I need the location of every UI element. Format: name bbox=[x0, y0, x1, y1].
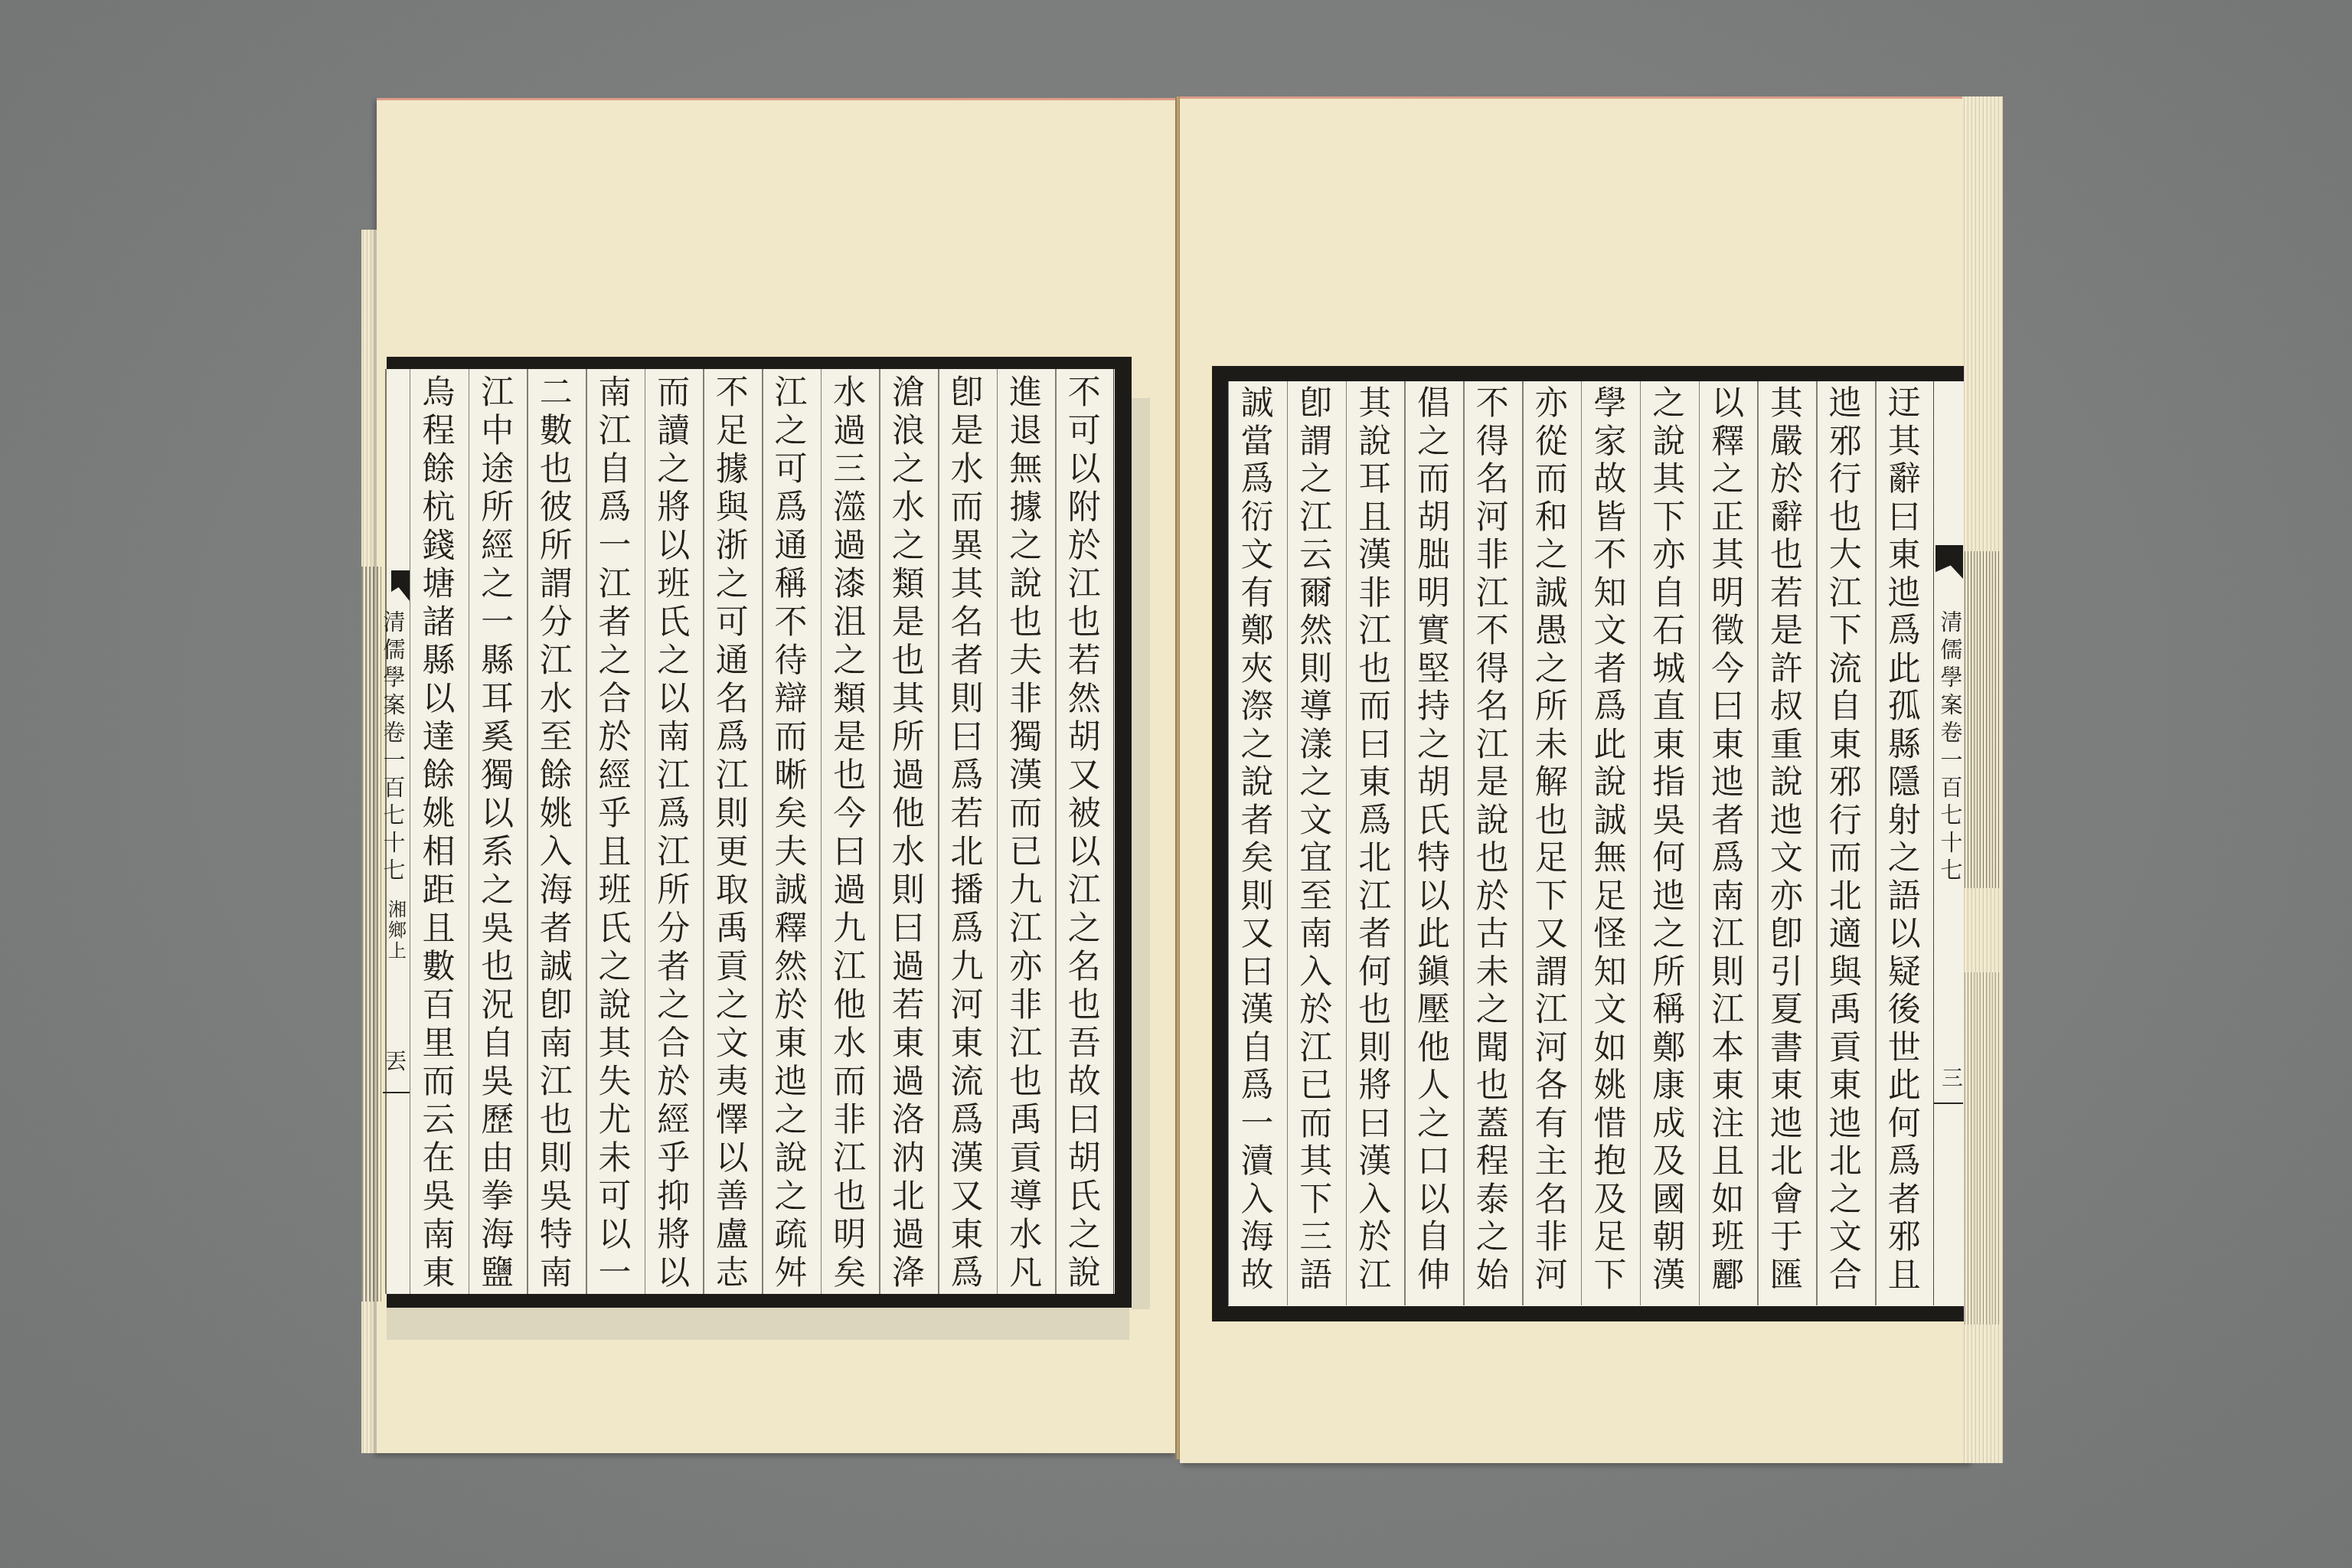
right-text-column-12: 誠當爲衍文有鄭夾漈之說者矣則又曰漢自爲一瀆入海故 bbox=[1228, 385, 1286, 1295]
right-text-column-1: 迂其辭曰東迆爲此孤縣隱射之語以疑後世此何爲者邪且 bbox=[1875, 385, 1933, 1295]
glyph: 何 bbox=[1640, 840, 1698, 878]
glyph: 也 bbox=[1522, 802, 1580, 841]
glyph: 以 bbox=[1055, 450, 1113, 488]
glyph: 漢 bbox=[938, 1139, 996, 1178]
glyph: 其 bbox=[938, 565, 996, 603]
glyph: 氏 bbox=[1055, 1178, 1113, 1216]
glyph: 何 bbox=[1875, 1106, 1933, 1144]
glyph: 姚 bbox=[1581, 1067, 1639, 1106]
glyph: 之 bbox=[469, 871, 527, 910]
glyph: 之 bbox=[762, 1178, 820, 1216]
glyph: 行 bbox=[1816, 802, 1874, 841]
glyph: 也 bbox=[997, 1063, 1055, 1101]
glyph: 者 bbox=[1228, 802, 1286, 841]
glyph: 耳 bbox=[1346, 461, 1404, 499]
glyph: 則 bbox=[879, 871, 937, 910]
glyph: 於 bbox=[762, 986, 820, 1024]
glyph: 水 bbox=[879, 488, 937, 527]
glyph: 以 bbox=[469, 795, 527, 833]
glyph: 非 bbox=[1522, 1219, 1580, 1257]
glyph: 可 bbox=[1055, 412, 1113, 450]
glyph: 他 bbox=[879, 795, 937, 833]
glyph: 如 bbox=[1699, 1181, 1757, 1220]
glyph: 異 bbox=[938, 527, 996, 565]
glyph: 吳 bbox=[1640, 802, 1698, 841]
glyph: 奚 bbox=[469, 718, 527, 756]
glyph: 而 bbox=[821, 1063, 879, 1101]
glyph: 特 bbox=[1405, 840, 1463, 878]
glyph: 東 bbox=[1640, 727, 1698, 765]
glyph: 正 bbox=[1699, 499, 1757, 537]
glyph: 江 bbox=[1346, 878, 1404, 916]
glyph: 也 bbox=[1463, 840, 1521, 878]
glyph: 況 bbox=[469, 986, 527, 1024]
glyph: 九 bbox=[938, 948, 996, 986]
glyph: 堅 bbox=[1405, 651, 1463, 689]
left-text-column-3: 卽是水而異其名者則曰爲若北播爲九河東流爲漢又東爲 bbox=[938, 374, 996, 1292]
glyph: 數 bbox=[527, 412, 585, 450]
glyph: 過 bbox=[821, 527, 879, 565]
left-page-top-edge bbox=[377, 98, 1177, 100]
glyph: 夷 bbox=[703, 1063, 761, 1101]
glyph: 故 bbox=[1055, 1063, 1113, 1101]
glyph: 謂 bbox=[1522, 954, 1580, 992]
glyph: 湘 bbox=[386, 900, 409, 920]
glyph: 於 bbox=[645, 1063, 703, 1101]
glyph: 明 bbox=[1699, 575, 1757, 613]
glyph: 待 bbox=[762, 642, 820, 680]
glyph: 他 bbox=[821, 986, 879, 1024]
glyph: 鎭 bbox=[1405, 954, 1463, 992]
glyph: 之 bbox=[1405, 423, 1463, 462]
glyph: 汭 bbox=[879, 1139, 937, 1178]
glyph: 所 bbox=[469, 488, 527, 527]
glyph: 貢 bbox=[997, 1139, 1055, 1178]
glyph: 邪 bbox=[1816, 764, 1874, 802]
glyph: 迆 bbox=[1816, 1106, 1874, 1144]
glyph: 名 bbox=[1055, 948, 1113, 986]
glyph: 海 bbox=[1228, 1219, 1286, 1257]
glyph: 將 bbox=[645, 1216, 703, 1254]
glyph: 獨 bbox=[997, 718, 1055, 756]
glyph: 泰 bbox=[1463, 1181, 1521, 1220]
glyph: 也 bbox=[1816, 499, 1874, 537]
glyph: 拳 bbox=[469, 1178, 527, 1216]
glyph: 亦 bbox=[997, 948, 1055, 986]
glyph: 姚 bbox=[410, 795, 468, 833]
glyph: 胡 bbox=[1405, 764, 1463, 802]
glyph: 又 bbox=[1522, 916, 1580, 954]
glyph: 之 bbox=[821, 642, 879, 680]
glyph: 二 bbox=[527, 374, 585, 412]
glyph: 類 bbox=[821, 680, 879, 718]
glyph: 此 bbox=[1875, 651, 1933, 689]
glyph: 爾 bbox=[1287, 575, 1345, 613]
glyph: 漢 bbox=[1346, 1143, 1404, 1181]
glyph: 北 bbox=[879, 1178, 937, 1216]
glyph: 是 bbox=[1463, 764, 1521, 802]
glyph: 播 bbox=[938, 871, 996, 910]
glyph: 下 bbox=[1581, 1257, 1639, 1295]
glyph: 而 bbox=[997, 795, 1055, 833]
glyph: 北 bbox=[1758, 1143, 1816, 1181]
glyph: 江 bbox=[1699, 991, 1757, 1030]
glyph: 非 bbox=[1463, 537, 1521, 575]
glyph: 說 bbox=[997, 565, 1055, 603]
glyph: 及 bbox=[1640, 1143, 1698, 1181]
right-text-column-8: 不得名河非江不得名江是說也於古未之聞也蓋程泰之始 bbox=[1463, 385, 1521, 1295]
glyph: 儒 bbox=[1938, 636, 1965, 664]
glyph: 胡 bbox=[1405, 499, 1463, 537]
glyph: 者 bbox=[586, 603, 644, 642]
glyph: 若 bbox=[1758, 575, 1816, 613]
glyph: 東 bbox=[1699, 1067, 1757, 1106]
glyph: 之 bbox=[1816, 1181, 1874, 1220]
glyph: 之 bbox=[1287, 764, 1345, 802]
glyph: 之 bbox=[1405, 1106, 1463, 1144]
glyph: 惜 bbox=[1581, 1106, 1639, 1144]
glyph: 江 bbox=[645, 833, 703, 871]
glyph: 其 bbox=[1758, 385, 1816, 423]
glyph: 今 bbox=[821, 795, 879, 833]
glyph: 其 bbox=[1346, 385, 1404, 423]
glyph: 重 bbox=[1758, 727, 1816, 765]
glyph: 吾 bbox=[1055, 1024, 1113, 1063]
left-banxin-title: 清儒學案卷一百七十七 bbox=[381, 609, 408, 884]
glyph: 合 bbox=[1816, 1257, 1874, 1295]
glyph: 南 bbox=[527, 1254, 585, 1292]
glyph: 故 bbox=[1581, 461, 1639, 499]
glyph: 以 bbox=[645, 680, 703, 718]
glyph: 河 bbox=[1522, 1257, 1580, 1295]
glyph: 歷 bbox=[469, 1101, 527, 1139]
right-text-column-2: 迆邪行也大江下流自東邪行而北適與禹貢東迆北之文合 bbox=[1816, 385, 1874, 1295]
glyph: 是 bbox=[879, 603, 937, 642]
glyph: 禹 bbox=[997, 1101, 1055, 1139]
glyph: 吳 bbox=[527, 1178, 585, 1216]
glyph: 謂 bbox=[1287, 423, 1345, 462]
glyph: 之 bbox=[1463, 1219, 1521, 1257]
glyph: 海 bbox=[527, 871, 585, 910]
glyph: 說 bbox=[762, 1139, 820, 1178]
glyph: 南 bbox=[645, 718, 703, 756]
glyph: 江 bbox=[997, 910, 1055, 948]
glyph: 洚 bbox=[879, 1254, 937, 1292]
glyph: 爲 bbox=[938, 910, 996, 948]
glyph: 曰 bbox=[879, 910, 937, 948]
glyph: 七 bbox=[1938, 802, 1965, 829]
right-text-column-11: 卽謂之江云爾然則導漾之文宜至南入於江已而其下三語 bbox=[1287, 385, 1345, 1295]
glyph: 無 bbox=[997, 450, 1055, 488]
glyph: 水 bbox=[938, 450, 996, 488]
glyph: 於 bbox=[1463, 878, 1521, 916]
left-text-column-11: 江中途所經之一縣耳奚獨以系之吳也況自吳歷由拳海鹽 bbox=[469, 374, 527, 1292]
glyph: 抱 bbox=[1581, 1143, 1639, 1181]
glyph: 他 bbox=[1405, 1030, 1463, 1068]
glyph: 是 bbox=[938, 412, 996, 450]
glyph: 然 bbox=[1055, 680, 1113, 718]
glyph: 非 bbox=[997, 986, 1055, 1024]
glyph: 夫 bbox=[762, 833, 820, 871]
glyph: 北 bbox=[1346, 840, 1404, 878]
glyph: 之 bbox=[1640, 385, 1698, 423]
glyph: 至 bbox=[1287, 878, 1345, 916]
glyph: 注 bbox=[1699, 1106, 1757, 1144]
glyph: 百 bbox=[381, 774, 408, 802]
glyph: 之 bbox=[1055, 1216, 1113, 1254]
glyph: 足 bbox=[1581, 1219, 1639, 1257]
glyph: 以 bbox=[645, 1254, 703, 1292]
glyph: 也 bbox=[527, 450, 585, 488]
glyph: 愚 bbox=[1522, 612, 1580, 651]
glyph: 爲 bbox=[938, 756, 996, 795]
glyph: 滄 bbox=[879, 374, 937, 412]
glyph: 爲 bbox=[1875, 612, 1933, 651]
glyph: 足 bbox=[1522, 840, 1580, 878]
right-text-column-3: 其嚴於辭也若是許叔重說迆文亦卽引夏書東迆北會于匯 bbox=[1758, 385, 1816, 1295]
glyph: 取 bbox=[703, 871, 761, 910]
glyph: 江 bbox=[1816, 575, 1874, 613]
glyph: 之 bbox=[997, 527, 1055, 565]
glyph: 之 bbox=[879, 450, 937, 488]
glyph: 下 bbox=[1640, 499, 1698, 537]
glyph: 卷 bbox=[381, 719, 408, 746]
glyph: 說 bbox=[1581, 764, 1639, 802]
glyph: 與 bbox=[1816, 954, 1874, 992]
glyph: 所 bbox=[1640, 954, 1698, 992]
glyph: 流 bbox=[938, 1063, 996, 1101]
glyph: 江 bbox=[1699, 916, 1757, 954]
glyph: 東 bbox=[1816, 727, 1874, 765]
glyph: 學 bbox=[1581, 385, 1639, 423]
glyph: 百 bbox=[1938, 774, 1965, 802]
glyph: 所 bbox=[645, 871, 703, 910]
glyph: 國 bbox=[1640, 1181, 1698, 1220]
glyph: 朝 bbox=[1640, 1219, 1698, 1257]
glyph: 鄭 bbox=[1640, 1030, 1698, 1068]
glyph: 之 bbox=[1699, 461, 1757, 499]
glyph: 乎 bbox=[586, 795, 644, 833]
glyph: 而 bbox=[1287, 1106, 1345, 1144]
glyph: 卽 bbox=[527, 986, 585, 1024]
glyph: 學 bbox=[1938, 664, 1965, 691]
glyph: 入 bbox=[527, 833, 585, 871]
glyph: 而 bbox=[410, 1063, 468, 1101]
glyph: 清 bbox=[381, 609, 408, 636]
glyph: 爲 bbox=[1581, 688, 1639, 727]
glyph: 文 bbox=[703, 1024, 761, 1063]
glyph: 儒 bbox=[381, 636, 408, 664]
glyph: 也 bbox=[1346, 651, 1404, 689]
glyph: 文 bbox=[1581, 991, 1639, 1030]
glyph: 澨 bbox=[821, 488, 879, 527]
glyph: 通 bbox=[762, 527, 820, 565]
glyph: 江 bbox=[821, 1139, 879, 1178]
glyph: 餘 bbox=[410, 450, 468, 488]
glyph: 爲 bbox=[938, 1254, 996, 1292]
glyph: 九 bbox=[997, 871, 1055, 910]
glyph: 吳 bbox=[469, 1063, 527, 1101]
glyph: 迂 bbox=[1875, 385, 1933, 423]
glyph: 通 bbox=[703, 642, 761, 680]
glyph: 於 bbox=[1055, 527, 1113, 565]
glyph: 持 bbox=[1405, 688, 1463, 727]
glyph: 之 bbox=[762, 412, 820, 450]
glyph: 城 bbox=[1640, 651, 1698, 689]
glyph: 東 bbox=[938, 1216, 996, 1254]
glyph: 烏 bbox=[410, 374, 468, 412]
glyph: 說 bbox=[1463, 802, 1521, 841]
glyph: 程 bbox=[410, 412, 468, 450]
glyph: 射 bbox=[1875, 802, 1933, 841]
glyph: 北 bbox=[1816, 878, 1874, 916]
glyph: 錢 bbox=[410, 527, 468, 565]
glyph: 附 bbox=[1055, 488, 1113, 527]
glyph: 然 bbox=[762, 948, 820, 986]
glyph: 矣 bbox=[762, 795, 820, 833]
glyph: 東 bbox=[1875, 537, 1933, 575]
glyph: 以 bbox=[1875, 916, 1933, 954]
glyph: 則 bbox=[938, 680, 996, 718]
glyph: 九 bbox=[821, 910, 879, 948]
glyph: 途 bbox=[469, 450, 527, 488]
glyph: 其 bbox=[1287, 1143, 1345, 1181]
glyph: 是 bbox=[1758, 612, 1816, 651]
glyph: 後 bbox=[1875, 991, 1933, 1030]
glyph: 誠 bbox=[1228, 385, 1286, 423]
glyph: 江 bbox=[469, 374, 527, 412]
glyph: 之 bbox=[1522, 537, 1580, 575]
glyph: 文 bbox=[1758, 840, 1816, 878]
glyph: 也 bbox=[1055, 986, 1113, 1024]
glyph: 名 bbox=[703, 680, 761, 718]
glyph: 此 bbox=[1581, 727, 1639, 765]
glyph: 江 bbox=[703, 756, 761, 795]
glyph: 洛 bbox=[879, 1101, 937, 1139]
glyph: 其 bbox=[1875, 423, 1933, 462]
glyph: 有 bbox=[1228, 575, 1286, 613]
left-text-column-4: 滄浪之水之類是也其所過他水則曰過若東過洛汭北過洚 bbox=[879, 374, 937, 1292]
glyph: 聞 bbox=[1463, 1030, 1521, 1068]
glyph: 江 bbox=[997, 1024, 1055, 1063]
glyph: 江 bbox=[762, 374, 820, 412]
left-showthrough-shadow bbox=[1132, 398, 1150, 1309]
glyph: 江 bbox=[1463, 727, 1521, 765]
glyph: 文 bbox=[1581, 612, 1639, 651]
glyph: 東 bbox=[938, 1024, 996, 1063]
glyph: 江 bbox=[586, 565, 644, 603]
glyph: 之 bbox=[762, 1101, 820, 1139]
glyph: 說 bbox=[1640, 423, 1698, 462]
glyph: 邪 bbox=[1875, 1219, 1933, 1257]
glyph: 不 bbox=[703, 374, 761, 412]
glyph: 至 bbox=[527, 718, 585, 756]
glyph: 徵 bbox=[1699, 612, 1757, 651]
glyph: 是 bbox=[821, 718, 879, 756]
glyph: 經 bbox=[645, 1101, 703, 1139]
glyph: 水 bbox=[527, 680, 585, 718]
glyph: 此 bbox=[1405, 916, 1463, 954]
glyph: 家 bbox=[1581, 423, 1639, 462]
glyph: 而 bbox=[1405, 461, 1463, 499]
glyph: 與 bbox=[703, 488, 761, 527]
glyph: 之 bbox=[1875, 840, 1933, 878]
right-text-column-4: 以釋之正其明徵今曰東迆者爲南江則江本東注且如班酈 bbox=[1699, 385, 1757, 1295]
left-text-column-10: 二數也彼所謂分江水至餘姚入海者誠卽南江也則吳特南 bbox=[527, 374, 585, 1292]
glyph: 合 bbox=[645, 1024, 703, 1063]
glyph: 夾 bbox=[1228, 651, 1286, 689]
glyph: 水 bbox=[997, 1216, 1055, 1254]
glyph: 語 bbox=[1287, 1257, 1345, 1295]
glyph: 漆 bbox=[821, 565, 879, 603]
glyph: 而 bbox=[1346, 688, 1404, 727]
glyph: 丟 bbox=[383, 1049, 409, 1075]
glyph: 非 bbox=[1346, 575, 1404, 613]
glyph: 自 bbox=[1640, 575, 1698, 613]
glyph: 自 bbox=[469, 1024, 527, 1063]
glyph: 東 bbox=[1699, 727, 1757, 765]
glyph: 一 bbox=[1228, 1106, 1286, 1144]
glyph: 稱 bbox=[1640, 991, 1698, 1030]
glyph: 禹 bbox=[703, 910, 761, 948]
glyph: 氏 bbox=[645, 603, 703, 642]
glyph: 誠 bbox=[1581, 802, 1639, 841]
right-page-top-edge bbox=[1180, 96, 1968, 99]
glyph: 以 bbox=[1699, 385, 1757, 423]
glyph: 若 bbox=[1055, 642, 1113, 680]
glyph: 爲 bbox=[938, 1101, 996, 1139]
glyph: 縣 bbox=[469, 642, 527, 680]
glyph: 也 bbox=[821, 756, 879, 795]
glyph: 達 bbox=[410, 718, 468, 756]
glyph: 懌 bbox=[703, 1101, 761, 1139]
glyph: 則 bbox=[1287, 651, 1345, 689]
glyph: 志 bbox=[703, 1254, 761, 1292]
glyph: 在 bbox=[410, 1139, 468, 1178]
glyph: 之 bbox=[703, 565, 761, 603]
glyph: 爲 bbox=[586, 488, 644, 527]
left-text-column-12: 烏程餘杭錢塘諸縣以達餘姚相距且數百里而云在吳南東 bbox=[410, 374, 468, 1292]
glyph: 直 bbox=[1640, 688, 1698, 727]
glyph: 然 bbox=[1287, 612, 1345, 651]
glyph: 辭 bbox=[1758, 499, 1816, 537]
glyph: 之 bbox=[645, 450, 703, 488]
glyph: 所 bbox=[879, 718, 937, 756]
glyph: 古 bbox=[1463, 916, 1521, 954]
glyph: 則 bbox=[703, 795, 761, 833]
glyph: 江 bbox=[821, 948, 879, 986]
glyph: 且 bbox=[1346, 499, 1404, 537]
glyph: 辯 bbox=[762, 680, 820, 718]
glyph: 七 bbox=[1938, 857, 1965, 884]
glyph: 從 bbox=[1522, 423, 1580, 462]
glyph: 則 bbox=[1346, 1030, 1404, 1068]
glyph: 文 bbox=[1228, 537, 1286, 575]
glyph: 入 bbox=[1346, 1181, 1404, 1220]
right-underlying-banxin-fragments bbox=[1965, 972, 2001, 1325]
glyph: 可 bbox=[586, 1178, 644, 1216]
glyph: 人 bbox=[1405, 1067, 1463, 1106]
glyph: 經 bbox=[469, 527, 527, 565]
left-banxin-section: 湘鄉上 bbox=[386, 900, 409, 962]
glyph: 成 bbox=[1640, 1106, 1698, 1144]
glyph: 而 bbox=[1816, 840, 1874, 878]
glyph: 退 bbox=[997, 412, 1055, 450]
glyph: 也 bbox=[1758, 537, 1816, 575]
left-page-number: 丟 bbox=[383, 1049, 409, 1075]
glyph: 東 bbox=[1816, 1067, 1874, 1106]
glyph: 河 bbox=[938, 986, 996, 1024]
